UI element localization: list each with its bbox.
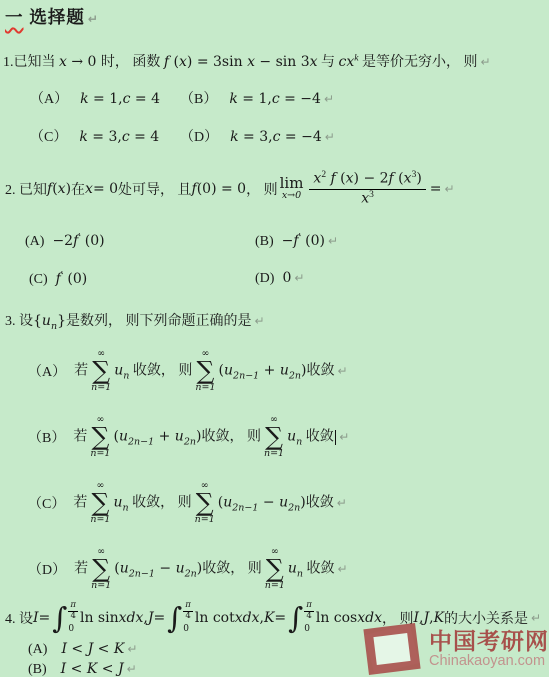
math-token: ∑ (266, 557, 284, 581)
math-token: ∫ (288, 600, 303, 636)
math-token: 处可导， 且 (118, 179, 192, 199)
option-label: （A） (30, 92, 68, 107)
math-token: 2n (184, 436, 196, 447)
question-3-option-a: （A）若∞∑n=1un 收敛， 则∞∑n=1(u2n−1 + u2n)收敛↵ (0, 345, 549, 398)
option-value: k = 1,c = 4 (80, 92, 160, 107)
math-token: = 3, (239, 129, 273, 145)
summation: ∞∑n=1 (90, 415, 110, 460)
option-label: （B） (28, 427, 65, 447)
math-token: 收敛 (302, 430, 334, 445)
summation: ∞∑n=1 (195, 481, 215, 526)
math-token: 0 (183, 625, 193, 634)
paragraph-mark: ↵ (88, 12, 99, 26)
paragraph-mark: ↵ (338, 364, 348, 378)
math-token: 若 (74, 364, 88, 379)
option-label: (B) (28, 662, 47, 677)
math-token: ln cos (316, 610, 357, 626)
question-2-option-c: (C)f′ (0) (29, 270, 255, 293)
option-value: k = 1,c = −4↵ (229, 92, 334, 107)
math-token: ∑ (92, 359, 110, 383)
math-token: J (118, 661, 124, 677)
math-token: xdx (357, 610, 382, 626)
math-token: ∑ (197, 359, 215, 383)
math-token: ) = 3sin (187, 54, 247, 70)
math-token: = (274, 610, 286, 626)
math-token: n=1 (90, 515, 110, 525)
option-value: 若∞∑n=1un 收敛， 则∞∑n=1(u2n−1 − u2n)收敛↵ (73, 481, 346, 526)
math-token: } (57, 313, 66, 329)
math-token: c (122, 129, 130, 145)
math-token: ) (416, 171, 421, 187)
math-token: −2 (52, 233, 73, 249)
math-token: 1.已知当 (3, 55, 59, 70)
option-value: k = 3,c = 4 (79, 130, 159, 145)
math-token: < (67, 641, 88, 657)
question-3-option-d: （D）若∞∑n=1(u2n−1 − u2n)收敛， 则∞∑n=1un 收敛↵ (0, 543, 549, 596)
option-label: (A) (25, 234, 44, 249)
math-token: n=1 (90, 449, 110, 459)
math-token: f (326, 171, 336, 187)
math-token: K (264, 610, 274, 626)
option-value: 若∞∑n=1(u2n−1 − u2n)收敛， 则∞∑n=1un 收敛↵ (74, 547, 347, 592)
math-token: u (42, 313, 51, 329)
math-token: ( (336, 171, 346, 187)
question-1-options-row-1: （A）k = 1,c = 4 （B）k = 1,c = −4↵ (0, 88, 549, 109)
math-token: ∑ (196, 491, 214, 515)
math-token: u (113, 495, 122, 511)
math-token: = −4 (280, 129, 321, 145)
math-token: (0) (80, 233, 104, 249)
summation: ∞∑n=1 (90, 481, 110, 526)
math-token: lim (280, 176, 304, 191)
math-token: ∫ (167, 600, 182, 636)
math-token: 2n (185, 568, 197, 579)
option-label: （C） (30, 130, 67, 145)
math-token: ∑ (91, 491, 109, 515)
text-cursor (335, 430, 337, 445)
math-token: K (87, 661, 97, 677)
summation: ∞∑n=1 (265, 547, 285, 592)
math-token: π40 (303, 600, 314, 636)
question-1-stem: 1.已知当 x → 0 时， 函数 f (x) = 3sin x − sin 3… (0, 51, 549, 71)
paragraph-mark: ↵ (328, 234, 338, 248)
math-token: (0) (63, 271, 87, 287)
math-token: 收敛 (307, 364, 335, 379)
math-token: n=1 (265, 581, 285, 591)
math-token: 4 (306, 612, 311, 622)
option-label: （A） (28, 361, 66, 381)
question-2-option-d: (D)0↵ (255, 270, 304, 293)
math-token: 时， 函数 (101, 55, 164, 70)
question-2-option-b: (B)−f′ (0)↵ (255, 232, 338, 255)
question-1-option-a: （A）k = 1,c = 4 (30, 88, 180, 109)
math-token: = 4 (130, 129, 160, 145)
paragraph-mark: ↵ (481, 55, 491, 69)
math-token: < (93, 641, 114, 657)
math-token: − (258, 495, 279, 511)
math-token: u (288, 561, 297, 577)
question-4-option-a: (A)I < J < K↵ (0, 641, 549, 658)
paragraph-mark: ↵ (255, 314, 265, 328)
heading-text: 选择题 (24, 7, 85, 27)
math-token: u (119, 429, 128, 445)
math-token: ∑ (265, 425, 283, 449)
math-token: { (33, 313, 42, 329)
option-value: f′ (0) (56, 272, 88, 287)
option-value: I < K < J↵ (61, 662, 137, 677)
math-token: ∫ (52, 600, 67, 636)
math-token: ( (394, 171, 404, 187)
math-token: 2n−1 (233, 370, 259, 381)
math-token: u (120, 561, 129, 577)
math-token: π (68, 601, 78, 612)
math-token: u (224, 363, 233, 379)
math-token: ln sin (80, 610, 119, 626)
math-token: cx (339, 54, 355, 70)
math-token: − (155, 561, 176, 577)
math-token: = 1, (238, 91, 272, 107)
summation: ∞∑n=1 (91, 349, 111, 394)
question-4-option-b: (B)I < K < J↵ (0, 661, 549, 677)
question-1-option-c: （C）k = 3,c = 4 (30, 126, 180, 147)
math-token: (0) = 0 (197, 181, 246, 197)
math-token: k (230, 129, 238, 145)
math-token: 0 (282, 270, 291, 286)
math-token: ( (169, 54, 179, 70)
math-token: = (430, 181, 442, 197)
math-token: 与 (318, 55, 339, 70)
math-token: < (66, 661, 87, 677)
math-token: k (79, 129, 87, 145)
paragraph-mark: ↵ (324, 92, 334, 106)
math-token: 若 (73, 430, 87, 445)
math-token: 在 (71, 179, 85, 199)
math-token: n=1 (195, 383, 215, 393)
math-token: ， 则 (246, 179, 278, 199)
summation: ∞∑n=1 (264, 415, 284, 460)
math-token: k (80, 91, 88, 107)
math-token: x3 (357, 190, 378, 208)
math-token: 若 (74, 562, 88, 577)
math-token: 2n (288, 502, 300, 513)
math-token: u (176, 561, 185, 577)
question-1-options-row-2: （C）k = 3,c = 4 （D）k = 3,c = −4↵ (0, 126, 549, 147)
section-heading: 一 选择题↵ (0, 0, 549, 29)
math-token: 4 (70, 612, 75, 622)
math-token: 是等价无穷小， 则 (359, 55, 478, 70)
math-token: = 3, (88, 129, 122, 145)
math-token: 收敛， 则 (129, 496, 192, 511)
math-token: π4 (183, 601, 193, 622)
math-token: = (153, 610, 165, 626)
math-token: 3 (369, 190, 374, 200)
math-token: 是数列， 则下列命题正确的是 (66, 314, 252, 329)
integral: ∫π40 (288, 600, 314, 636)
question-2-options-row-2: (C)f′ (0) (D)0↵ (0, 270, 549, 293)
math-token: − (282, 233, 294, 249)
math-token: u (175, 429, 184, 445)
math-token: = −4 (280, 91, 321, 107)
math-token: + (259, 363, 280, 379)
math-token: x (346, 171, 354, 187)
math-token: u (287, 429, 296, 445)
math-token: x (310, 54, 318, 70)
summation: ∞∑n=1 (91, 547, 111, 592)
math-token: = 1, (89, 91, 123, 107)
math-token: 4. 设 (5, 608, 33, 628)
option-label: (A) (28, 642, 47, 657)
math-token: k (229, 91, 237, 107)
question-3-stem: 3. 设{un}是数列， 则下列命题正确的是↵ (0, 310, 549, 332)
limit: limx→0 (280, 176, 304, 201)
math-token: π40 (67, 600, 78, 636)
math-token: x (59, 54, 67, 70)
math-token: ， 则 (382, 608, 414, 628)
math-token: u (279, 495, 288, 511)
math-token: 收敛， 则 (201, 430, 261, 445)
integral: ∫π40 (52, 600, 78, 636)
option-value: −f′ (0)↵ (282, 234, 338, 249)
math-token: 收敛， 则 (202, 562, 262, 577)
math-token: K (434, 610, 444, 626)
math-token: 0 (304, 625, 314, 634)
math-token: c (272, 91, 280, 107)
math-token: π (183, 601, 193, 612)
math-token: 2. 已知 (5, 179, 47, 199)
math-token: x→0 (282, 191, 301, 201)
paragraph-mark: ↵ (337, 496, 347, 510)
option-label: （B） (180, 92, 217, 107)
option-label: (C) (29, 272, 48, 287)
paragraph-mark: ↵ (339, 430, 349, 444)
math-token: π40 (182, 600, 193, 636)
option-label: （C） (28, 493, 65, 513)
math-token: n=1 (91, 581, 111, 591)
summation: ∞∑n=1 (195, 349, 215, 394)
math-token: ) − 2 (354, 171, 389, 187)
math-token: K (114, 641, 124, 657)
math-token: 2n−1 (129, 568, 155, 579)
math-token: x (404, 171, 412, 187)
math-token: ∑ (91, 425, 109, 449)
option-value: I < J < K↵ (61, 642, 137, 657)
option-label: （D） (180, 130, 218, 145)
option-value: 0↵ (282, 271, 304, 286)
question-1-option-b: （B）k = 1,c = −4↵ (180, 88, 334, 109)
math-token: (0) (301, 233, 325, 249)
paragraph-mark: ↵ (338, 562, 348, 576)
math-token: = 4 (130, 91, 160, 107)
paragraph-mark: ↵ (531, 611, 541, 625)
math-token: − sin 3 (255, 54, 310, 70)
fraction: x2 f (x) − 2f (x3)x3 (309, 170, 425, 207)
math-token: + (154, 429, 175, 445)
math-token: 0 (68, 625, 78, 634)
math-token: 4 (185, 612, 190, 622)
math-token: → 0 (67, 54, 101, 70)
math-token: x (361, 190, 369, 206)
math-token: 收敛 (306, 496, 334, 511)
question-1-option-d: （D）k = 3,c = −4↵ (180, 126, 335, 147)
question-2-option-a: (A)−2f′ (0) (25, 232, 255, 255)
math-token: x (58, 181, 66, 197)
option-value: 若∞∑n=1(u2n−1 + u2n)收敛， 则∞∑n=1un 收敛↵ (73, 415, 349, 460)
heading-underlined-word: 一 (5, 7, 24, 27)
math-token: n=1 (91, 383, 111, 393)
option-value: k = 3,c = −4↵ (230, 130, 335, 145)
question-3-option-b: （B）若∞∑n=1(u2n−1 + u2n)收敛， 则∞∑n=1un 收敛↵ (0, 411, 549, 464)
math-token: x (179, 54, 187, 70)
math-token: xdx (235, 610, 260, 626)
math-token: x (85, 181, 93, 197)
math-token: 若 (73, 496, 87, 511)
math-token: π4 (304, 601, 314, 622)
math-token: u (114, 363, 123, 379)
option-label: (D) (255, 271, 274, 286)
math-token: 收敛 (303, 562, 335, 577)
question-2-stem: 2. 已知 f (x) 在 x = 0 处可导， 且 f (0) = 0， 则l… (0, 160, 549, 218)
math-token: 3. 设 (5, 314, 33, 329)
math-token: 的大小关系是 (444, 608, 528, 628)
document-page: 一 选择题↵ 1.已知当 x → 0 时， 函数 f (x) = 3sin x … (0, 0, 549, 677)
math-token: u (280, 363, 289, 379)
integral: ∫π40 (167, 600, 193, 636)
math-token: ∑ (92, 557, 110, 581)
math-token: x (247, 54, 255, 70)
math-token: u (223, 495, 232, 511)
paragraph-mark: ↵ (294, 271, 304, 285)
option-label: (B) (255, 234, 274, 249)
math-token: x2 f (x) − 2f (x3) (309, 170, 425, 189)
math-token: π4 (68, 601, 78, 622)
math-token: 2n−1 (128, 436, 154, 447)
paragraph-mark: ↵ (445, 182, 455, 196)
paragraph-mark: ↵ (127, 662, 137, 676)
option-value: 若∞∑n=1un 收敛， 则∞∑n=1(u2n−1 + u2n)收敛↵ (74, 349, 347, 394)
math-token: < (97, 661, 118, 677)
math-token: ln cot (195, 610, 235, 626)
math-token: n=1 (264, 449, 284, 459)
option-label: （D） (28, 559, 66, 579)
option-value: −2f′ (0) (52, 234, 104, 249)
question-4-stem: 4. 设 I = ∫π40 ln sin xdx, J = ∫π40 ln co… (0, 598, 549, 638)
math-token: n=1 (195, 515, 215, 525)
math-token: 收敛， 则 (129, 364, 192, 379)
math-token: xdx (119, 610, 144, 626)
question-3-option-c: （C）若∞∑n=1un 收敛， 则∞∑n=1(u2n−1 − u2n)收敛↵ (0, 477, 549, 530)
math-token: = (39, 610, 51, 626)
math-token: = 0 (93, 181, 118, 197)
math-token: 2n (289, 370, 301, 381)
question-2-options-row-1: (A)−2f′ (0) (B)−f′ (0)↵ (0, 232, 549, 255)
paragraph-mark: ↵ (127, 642, 137, 656)
math-token: π (304, 601, 314, 612)
math-token: 2n−1 (232, 502, 258, 513)
paragraph-mark: ↵ (325, 130, 335, 144)
